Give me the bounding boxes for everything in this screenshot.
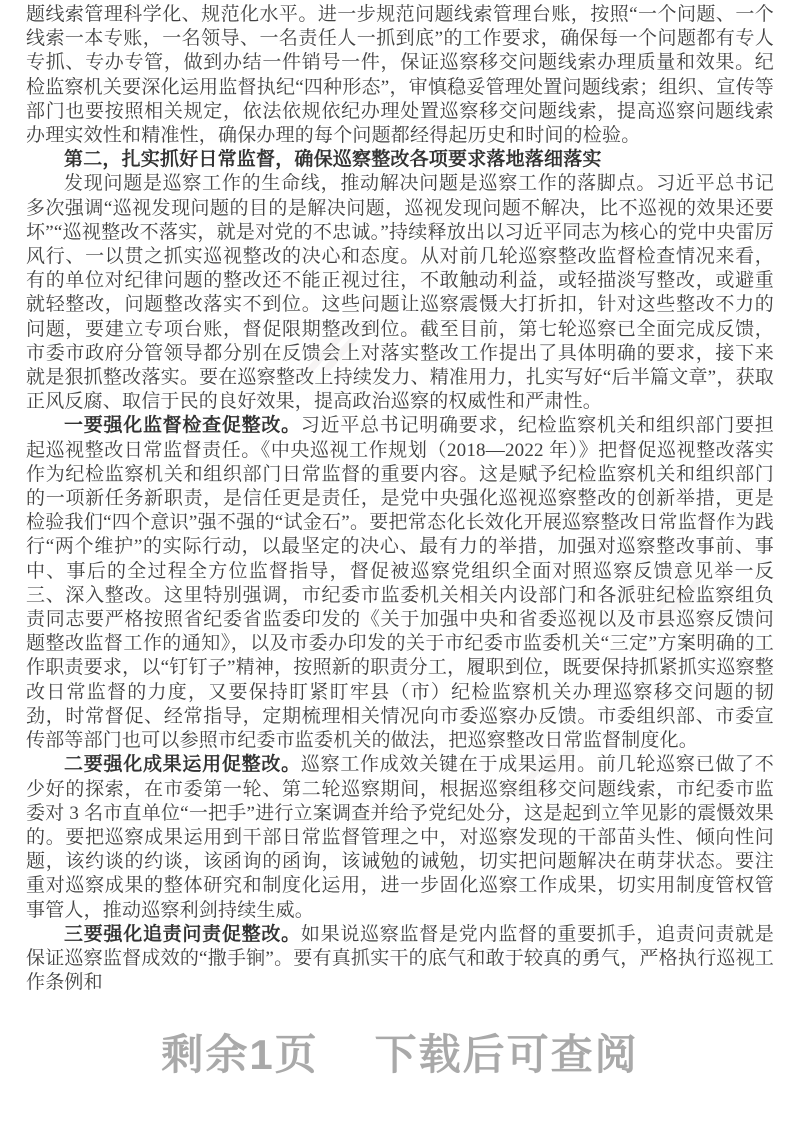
paragraph: 二要强化成果运用促整改。巡察工作成效关键在于成果运用。前几轮巡察已做了不少好的探…	[26, 753, 774, 922]
paragraph-text: 巡察工作成效关键在于成果运用。前几轮巡察已做了不少好的探索，在市委第一轮、第二轮…	[26, 754, 774, 920]
remaining-pages-banner: 剩余1页下载后可查阅	[0, 1022, 800, 1082]
paragraph: 题线索管理科学化、规范化水平。进一步规范问题线索管理台账，按照“一个问题、一个线…	[26, 3, 774, 148]
paragraph: 三要强化追责问责促整改。如果说巡察监督是党内监督的重要抓手，追责问责就是保证巡察…	[26, 923, 774, 996]
section-heading: 第二，扎实抓好日常监督，确保巡察整改各项要求落地落细落实	[26, 148, 774, 172]
paragraph: 一要强化监督检查促整改。习近平总书记明确要求，纪检监察机关和组织部门要担起巡视整…	[26, 414, 774, 753]
paragraph-lead: 二要强化成果运用促整改。	[64, 754, 301, 775]
paragraph-text: 习近平总书记明确要求，纪检监察机关和组织部门要担起巡视整改日常监督责任。《中央巡…	[26, 415, 774, 751]
document-content: 题线索管理科学化、规范化水平。进一步规范问题线索管理台账，按照“一个问题、一个线…	[26, 3, 774, 995]
paragraph: 发现问题是巡察工作的生命线，推动解决问题是巡察工作的落脚点。习近平总书记多次强调…	[26, 172, 774, 414]
paragraph-lead: 一要强化监督检查促整改。	[64, 415, 301, 436]
download-hint-label: 下载后可查阅	[375, 1031, 639, 1078]
remaining-pages-label: 剩余1页	[161, 1031, 318, 1078]
paragraph-lead: 三要强化追责问责促整改。	[64, 924, 301, 945]
document-page: 题线索管理科学化、规范化水平。进一步规范问题线索管理台账，按照“一个问题、一个线…	[0, 0, 800, 1132]
